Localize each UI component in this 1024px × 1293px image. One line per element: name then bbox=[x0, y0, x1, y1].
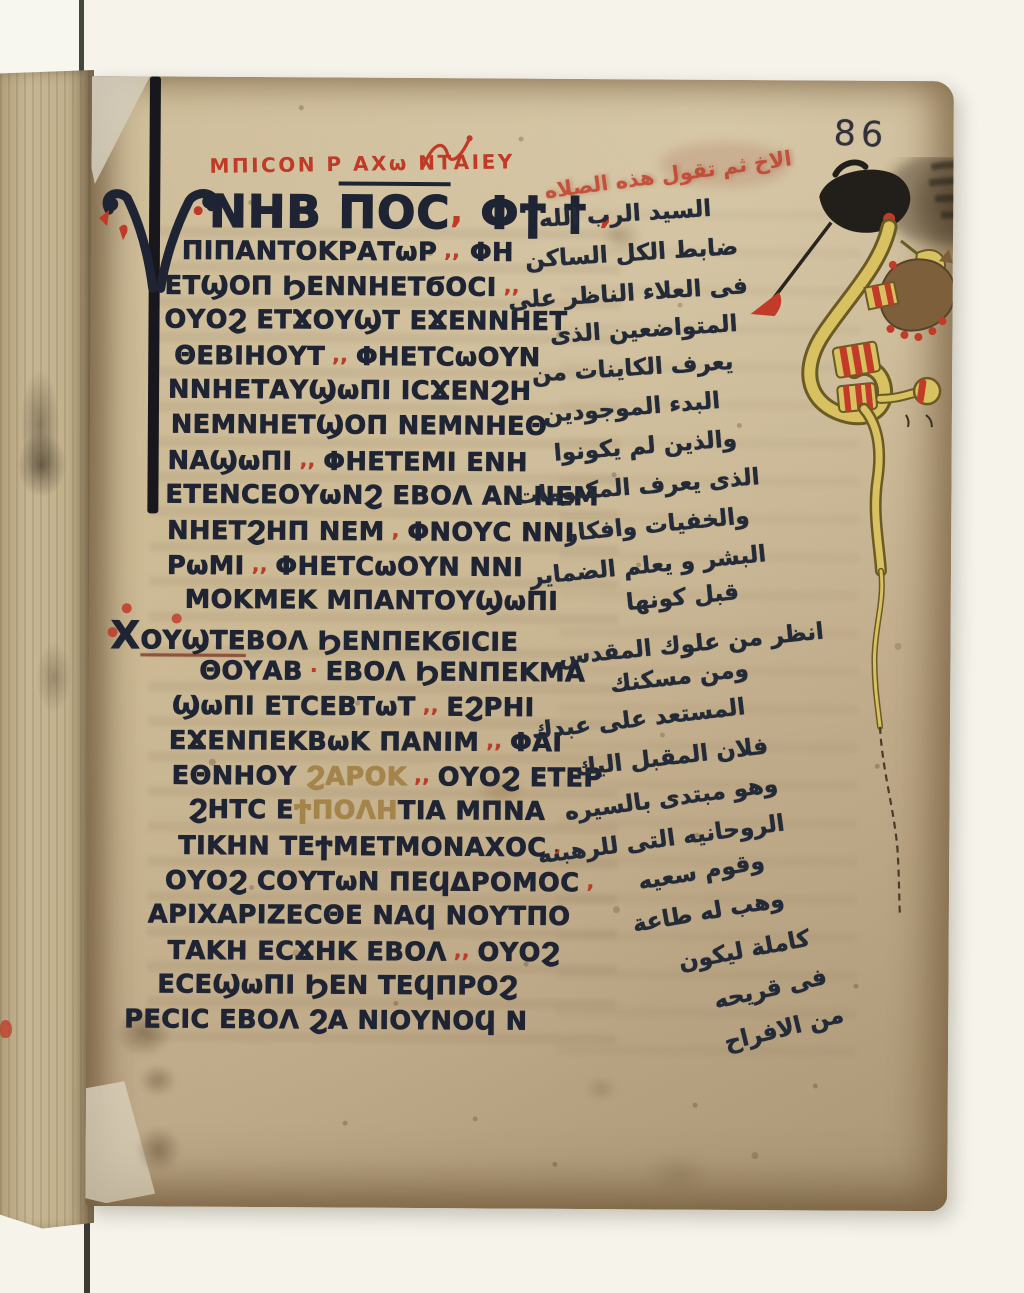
stain bbox=[8, 420, 76, 510]
binding-edge-line bbox=[79, 0, 84, 80]
text-segment: ΘΕΒΙΗΟΥΤ bbox=[174, 341, 325, 372]
text-segment: ΕCΕϢωΠΙ ϦΕΝ ΤΕϤΠΡΟϨ bbox=[157, 969, 518, 1001]
text-segment: ΤΑΚΗ ΕCϪΗΚ ΕΒΟΛ bbox=[168, 936, 447, 968]
text-segment: ,, bbox=[437, 241, 460, 262]
stain bbox=[30, 630, 78, 725]
text-segment: ,, bbox=[293, 450, 324, 471]
previous-page-edge bbox=[0, 70, 94, 1232]
text-segment: ΟΥΟϨ bbox=[477, 938, 560, 969]
text-segment: ΤΙΑ ΜΠΝΑ bbox=[398, 796, 545, 827]
repair-patch bbox=[91, 76, 150, 184]
text-segment: ΕϨΡΗΙ bbox=[446, 692, 534, 723]
text-segment: ,, bbox=[245, 555, 276, 576]
text-segment: ΝΗΕΤϨΗΠ ΝΕΜ bbox=[167, 516, 385, 547]
text-segment: ΤΙΚΗΝ ΤΕϮΜΕΤΜΟΝΑΧΟC bbox=[178, 831, 546, 863]
folio-number: 86 bbox=[833, 114, 889, 156]
text-segment: ΕϪΕΝΠΕΚΒωΚ ΠΑΝΙΜ bbox=[169, 726, 480, 758]
text-segment: ΦΗΕΤΕΜΙ ΕΝΗ bbox=[323, 447, 528, 478]
red-ink-mark bbox=[0, 1020, 12, 1038]
text-segment: · bbox=[303, 660, 326, 681]
text-segment: ΑΡΙΧΑΡΙΖΕCΘΕ ΝΑϤ ΝΟΥΤΠΟ bbox=[148, 899, 571, 932]
text-segment: ,, bbox=[479, 731, 510, 752]
text-segment: , bbox=[450, 192, 464, 230]
text-segment: ΕΤϢΟΠ ϦΕΝΝΗΕΤϬΟCΙ bbox=[165, 271, 497, 303]
text-segment: ΡΕCΙC ΕΒΟΛ ϨΑ ΝΙΟΥΝΟϤ Ν bbox=[124, 1004, 527, 1036]
text-segment: ΕΒΟΛ ϦΕΝΠΕΚΜΑ bbox=[326, 657, 586, 689]
text-segment: ΝΑϢωΠΙ bbox=[168, 446, 293, 477]
speckle-stains bbox=[92, 76, 95, 79]
manuscript-photo: ΜΠΙCΟΝ Ρ ΑΧω ΝΤΑΙΕΥ الاخ ثم تقول هذه الص… bbox=[0, 0, 1024, 1293]
stain bbox=[633, 1143, 723, 1204]
text-segment: ΠΙΠΑΝΤΟΚΡΑΤωΡ bbox=[182, 236, 437, 268]
scan-background-block bbox=[0, 0, 80, 72]
text-segment: ϢωΠΙ ΕΤCΕΒΤωΤ bbox=[172, 691, 416, 722]
text-segment: ΦΗΕΤCωΟΥΝ bbox=[356, 342, 541, 373]
text-segment: ϨΗΤC Ε bbox=[188, 795, 294, 826]
text-segment: ,, bbox=[407, 766, 438, 787]
serpent-bird-ornament-icon bbox=[727, 156, 954, 958]
stain bbox=[132, 1058, 184, 1102]
text-segment: ΟΥΟϨ CΟΥΤωΝ ΠΕϤΔΡΟΜΟC bbox=[165, 866, 580, 899]
text-segment: , bbox=[385, 521, 408, 542]
text-segment: ΘΟΥΑΒ bbox=[199, 656, 303, 687]
text-segment: Χ bbox=[110, 613, 140, 658]
text-segment: ϮΠΟΛΗ bbox=[294, 795, 398, 826]
text-segment: ΟΥΟϨ ΕΤϪΟΥϢΤ ΕϪΕΝΝΗΕΤ bbox=[164, 304, 567, 336]
rubric-flourish-icon bbox=[419, 132, 475, 172]
manuscript-page: ΜΠΙCΟΝ Ρ ΑΧω ΝΤΑΙΕΥ الاخ ثم تقول هذه الص… bbox=[85, 76, 954, 1211]
text-segment: ΦΗ bbox=[460, 238, 514, 268]
text-segment: ΜΟΚΜΕΚ ΜΠΑΝΤΟΥϢωΠΙ bbox=[185, 585, 559, 617]
text-segment: ΦΗΕΤCωΟΥΝ ΝΝΙ bbox=[275, 551, 523, 583]
text-segment: ΝΝΗΕΤΑΥϢωΠΙ ΙCϪΕΝϨΗ bbox=[168, 374, 532, 406]
text-segment: ΠΟC bbox=[338, 186, 450, 240]
text-segment: ΝΗΒ bbox=[209, 185, 339, 239]
text-segment: ,, bbox=[416, 696, 447, 717]
stain bbox=[128, 1118, 188, 1180]
text-segment: ΕΘΝΗΟΥ bbox=[172, 761, 306, 792]
text-segment: ,, bbox=[447, 941, 478, 962]
text-segment: ϨΑΡΟΚ bbox=[306, 762, 407, 793]
text-segment: ΟΥϢΤΕ bbox=[140, 625, 246, 656]
text-segment: ΡωΜΙ bbox=[167, 551, 245, 581]
text-segment: ,, bbox=[325, 345, 356, 366]
text-segment: ΦΝΟΥC ΝΝΙ bbox=[407, 517, 575, 548]
text-segment: ΝΕΜΝΗΕΤϢΟΠ ΝΕΜΝΗΕΘ bbox=[171, 409, 547, 441]
initial-ornament-dots bbox=[109, 600, 113, 604]
